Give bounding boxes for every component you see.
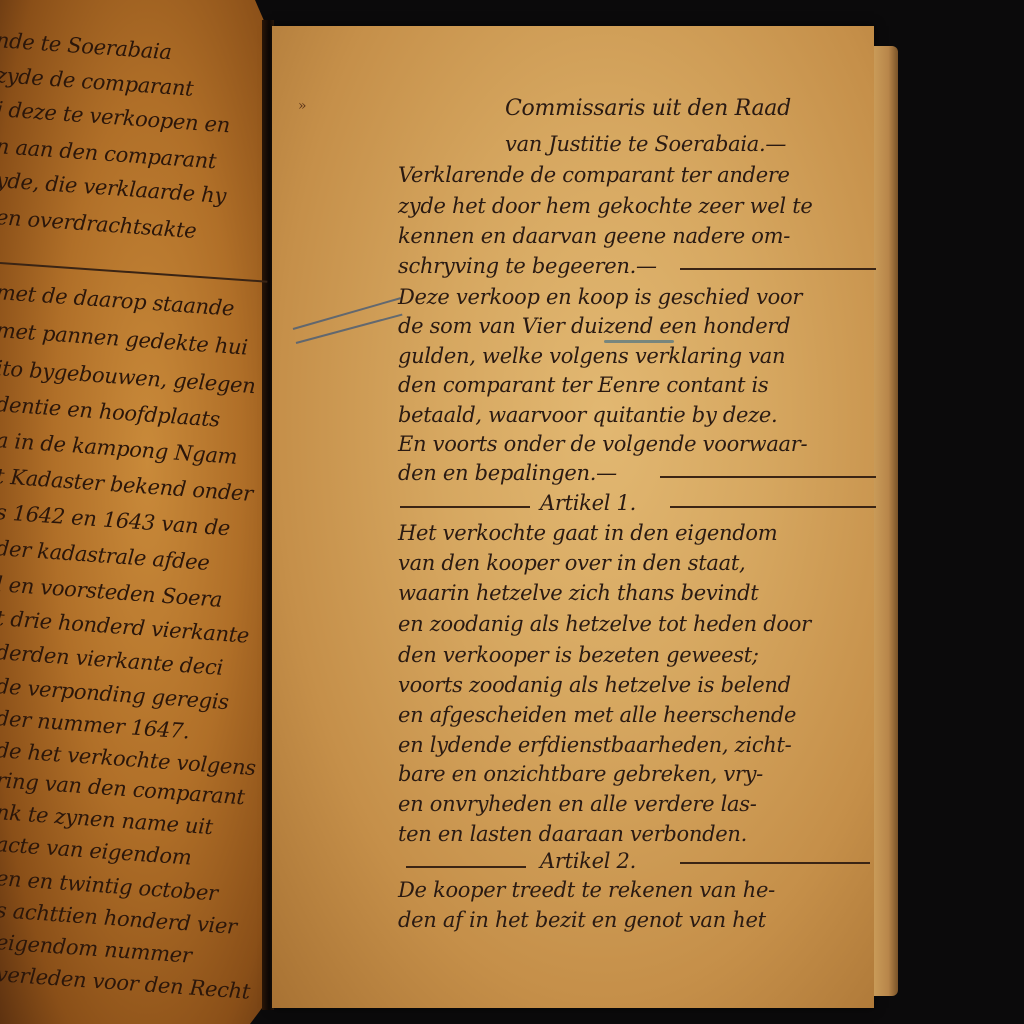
article-rule-right <box>670 506 876 508</box>
article-1-heading: Artikel 1. <box>540 491 636 515</box>
header-line-2: van Justitie te Soerabaia.— <box>505 132 786 156</box>
article1-line: van den kooper over in den staat, <box>398 551 745 575</box>
para1-line: schryving te begeeren.— <box>398 254 657 278</box>
para2-line: den en bepalingen.— <box>398 461 617 485</box>
article1-line: Het verkochte gaat in den eigendom <box>398 521 777 545</box>
line-filler-rule <box>680 268 876 270</box>
para2-line: betaald, waarvoor quitantie by deze. <box>398 403 777 427</box>
article-rule-left <box>406 866 526 868</box>
article1-line: en lydende erfdienstbaarheden, zicht- <box>398 733 791 757</box>
para2-line: En voorts onder de volgende voorwaar- <box>398 432 807 456</box>
article-2-heading: Artikel 2. <box>540 849 636 873</box>
para1-line: zyde het door hem gekochte zeer wel te <box>398 194 813 218</box>
article1-line: en zoodanig als hetzelve tot heden door <box>398 612 811 636</box>
article1-line: en afgescheiden met alle heerschende <box>398 703 796 727</box>
corner-pencil-mark: » <box>298 98 307 114</box>
page-stack-edge <box>874 46 898 996</box>
photo-scene: » Commissaris uit den Raad van Justitie … <box>0 0 1024 1024</box>
para1-line: Verklarende de comparant ter andere <box>398 163 790 187</box>
para1-line: kennen en daarvan geene nadere om- <box>398 224 790 248</box>
article1-line: waarin hetzelve zich thans bevindt <box>398 581 758 605</box>
para2-line: de som van Vier duizend een honderd <box>398 314 790 338</box>
article-rule-left <box>400 506 530 508</box>
article1-line: voorts zoodanig als hetzelve is belend <box>398 673 791 697</box>
line-filler-rule <box>660 476 876 478</box>
article2-line: De kooper treedt te rekenen van he- <box>398 878 775 902</box>
blue-pencil-underline <box>604 340 674 343</box>
article-rule-right <box>680 862 870 864</box>
article1-line: bare en onzichtbare gebreken, vry- <box>398 762 763 786</box>
article1-line: den verkooper is bezeten geweest; <box>398 643 759 667</box>
article1-line: en onvryheden en alle verdere las- <box>398 792 757 816</box>
article2-line: den af in het bezit en genot van het <box>398 908 766 932</box>
para2-line: gulden, welke volgens verklaring van <box>398 344 785 368</box>
article1-line: ten en lasten daaraan verbonden. <box>398 822 747 846</box>
para2-line: Deze verkoop en koop is geschied voor <box>398 285 802 309</box>
para2-line: den comparant ter Eenre contant is <box>398 373 768 397</box>
header-line-1: Commissaris uit den Raad <box>505 96 791 121</box>
